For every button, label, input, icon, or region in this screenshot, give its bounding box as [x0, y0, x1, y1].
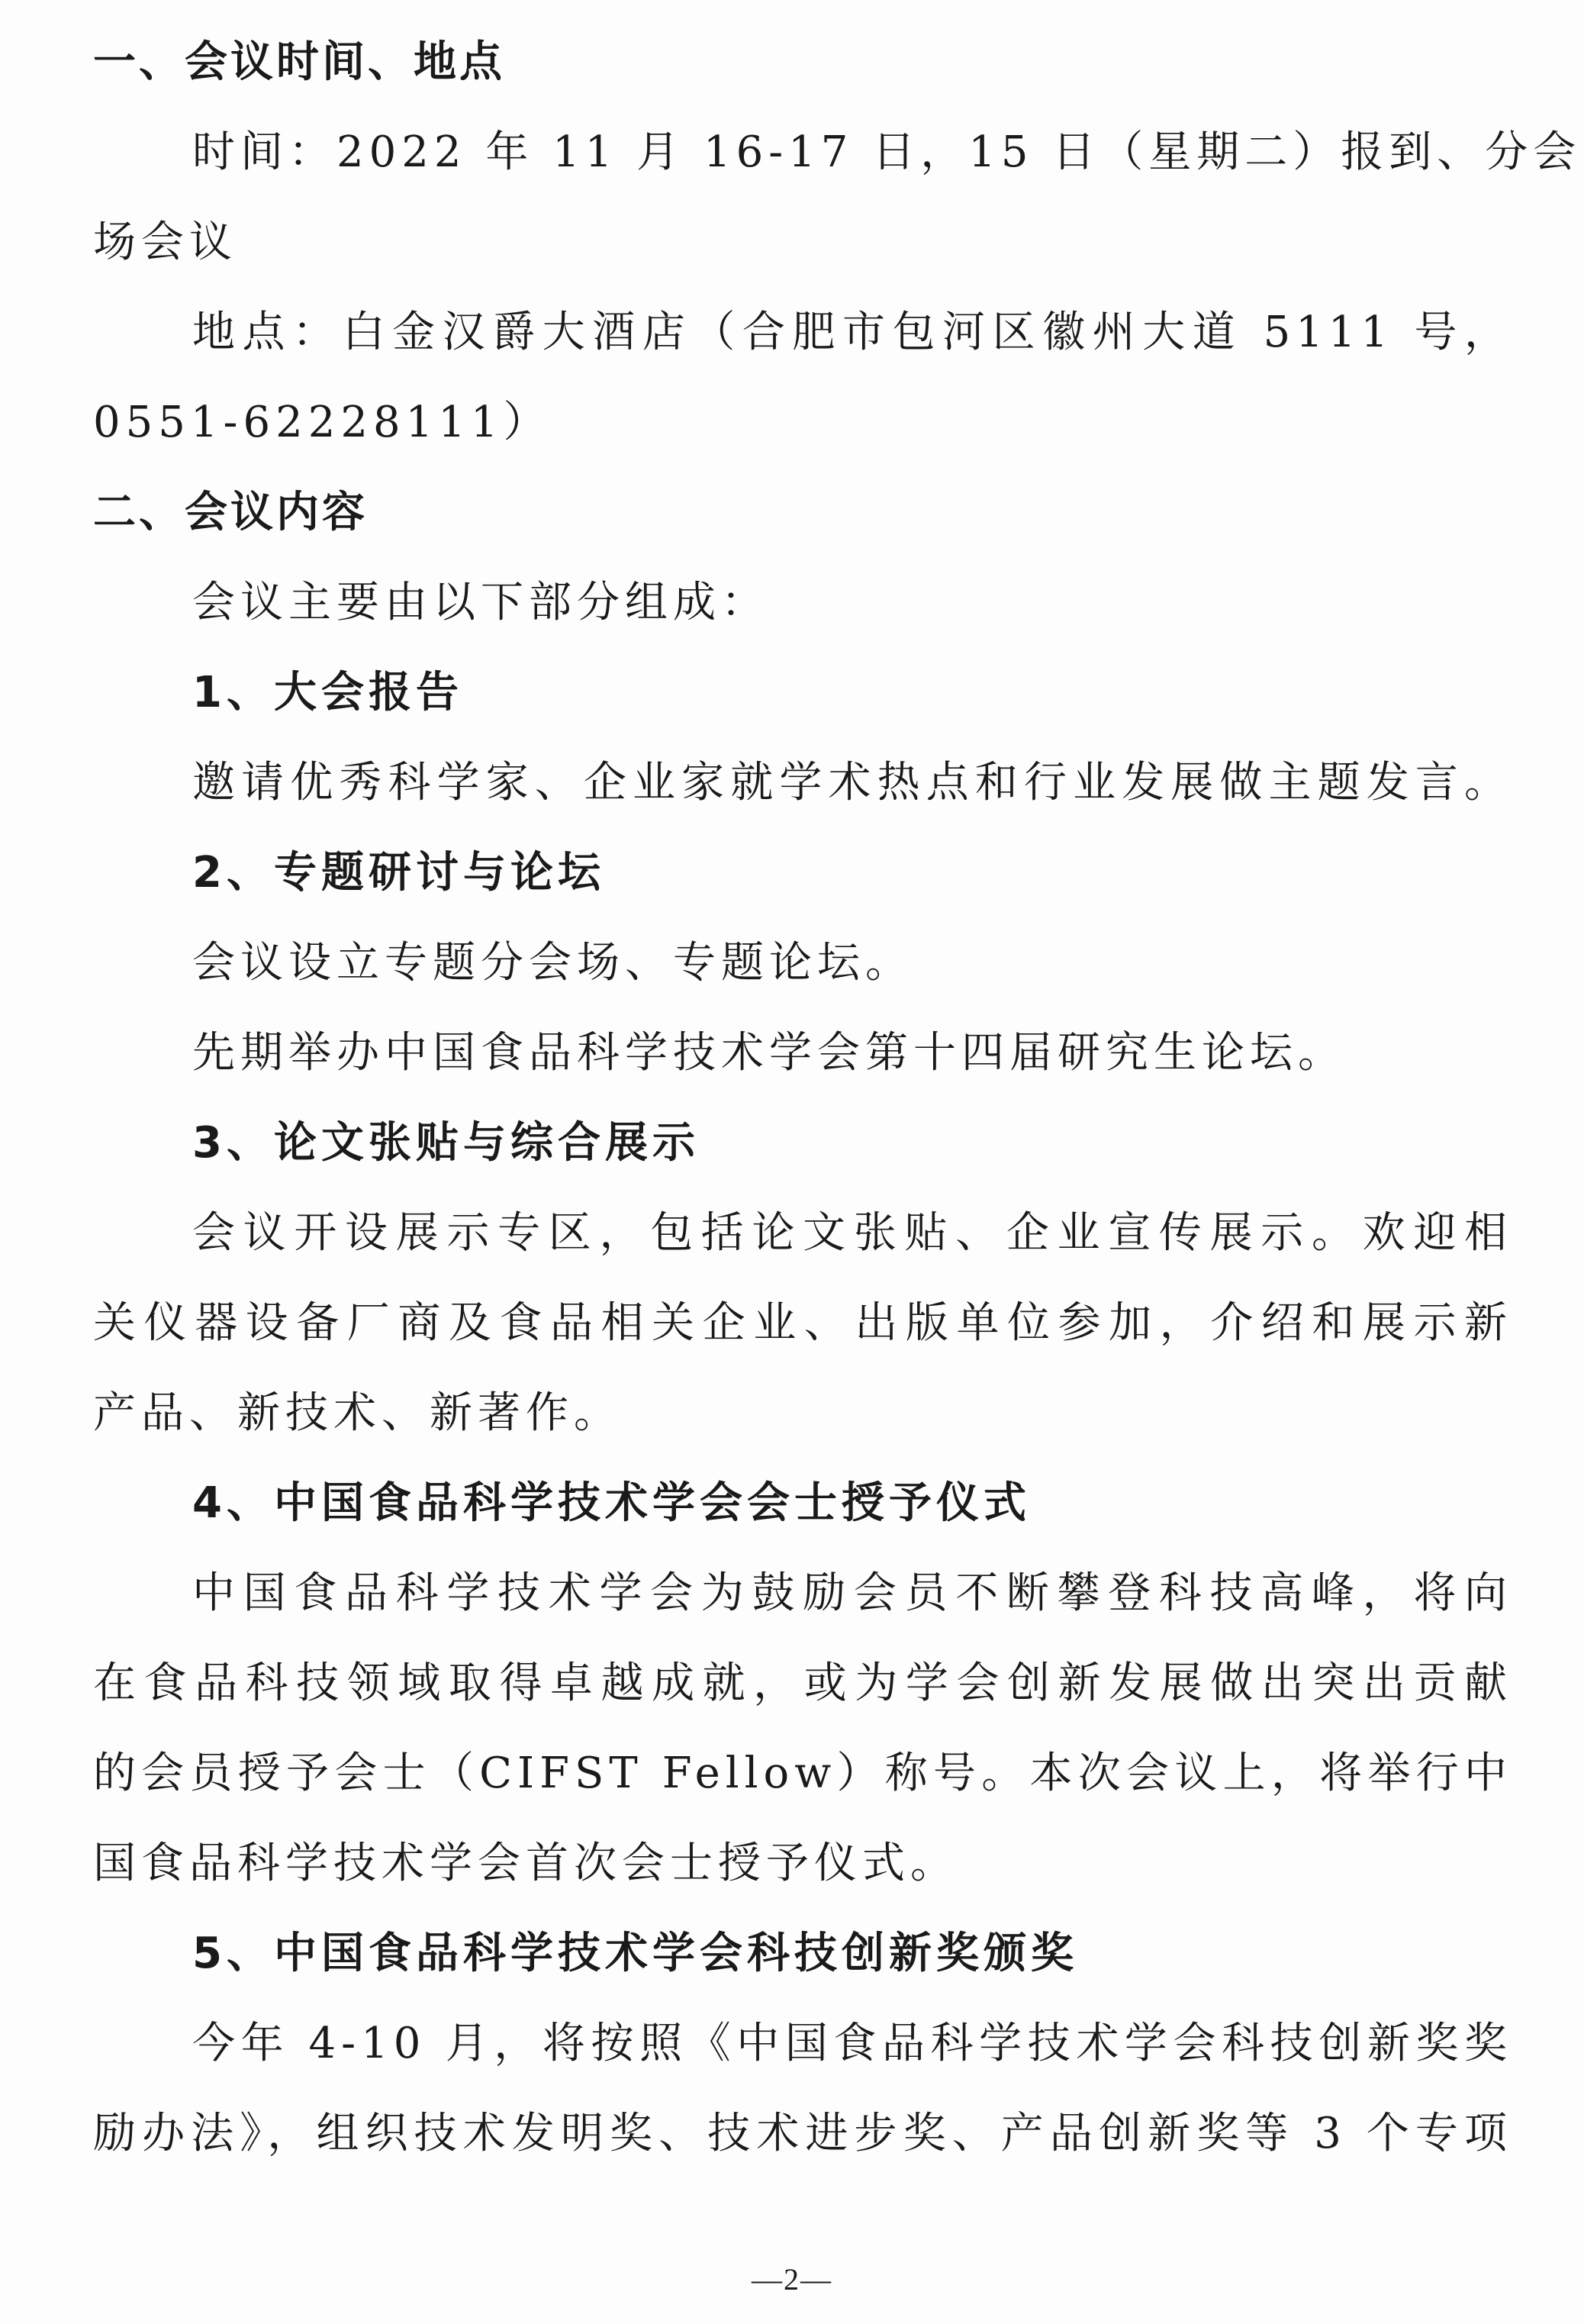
item-text: 励办法》，组织技术发明奖、技术进步奖、产品创新奖等 3 个专项 — [93, 2106, 1512, 2161]
item-text: 在食品科技领域取得卓越成就，或为学会创新发展做出突出贡献 — [93, 1656, 1512, 1711]
item-text: 中国食品科学技术学会为鼓励会员不断攀登科技高峰，将向 — [192, 1566, 1512, 1621]
item-text: 先期举办中国食品科学技术学会第十四届研究生论坛。 — [192, 1026, 1512, 1081]
place-line-2: 0551-62228111） — [93, 395, 1512, 450]
page-number: —2— — [0, 2261, 1584, 2299]
document-page: 一、会议时间、地点 时间：2022 年 11 月 16-17 日，15 日（星期… — [0, 0, 1584, 2324]
item-text: 关仪器设备厂商及食品相关企业、出版单位参加，介绍和展示新 — [93, 1296, 1512, 1351]
time-line-1: 时间：2022 年 11 月 16-17 日，15 日（星期二）报到、分会 — [192, 125, 1512, 180]
item-heading-forum: 2、专题研讨与论坛 — [192, 846, 1512, 901]
item-heading-exhibition: 3、论文张贴与综合展示 — [192, 1116, 1512, 1171]
section-heading-content: 二、会议内容 — [93, 485, 1512, 540]
item-text: 会议开设展示专区，包括论文张贴、企业宣传展示。欢迎相 — [192, 1206, 1512, 1261]
item-text: 的会员授予会士（CIFST Fellow）称号。本次会议上，将举行中 — [93, 1746, 1512, 1801]
item-text: 今年 4-10 月，将按照《中国食品科学技术学会科技创新奖奖 — [192, 2016, 1512, 2071]
content-intro: 会议主要由以下部分组成： — [192, 575, 1512, 630]
item-text: 国食品科学技术学会首次会士授予仪式。 — [93, 1836, 1512, 1891]
place-line-1: 地点：白金汉爵大酒店（合肥市包河区徽州大道 5111 号， — [192, 305, 1512, 360]
item-heading-keynote: 1、大会报告 — [192, 666, 1512, 720]
item-text: 会议设立专题分会场、专题论坛。 — [192, 936, 1512, 991]
item-text: 邀请优秀科学家、企业家就学术热点和行业发展做主题发言。 — [192, 756, 1512, 811]
time-line-2: 场会议 — [93, 215, 1512, 270]
section-heading-time-place: 一、会议时间、地点 — [93, 35, 1512, 90]
item-heading-innovation-award: 5、中国食品科学技术学会科技创新奖颁奖 — [192, 1926, 1512, 1981]
item-heading-fellow-ceremony: 4、中国食品科学技术学会会士授予仪式 — [192, 1476, 1512, 1531]
item-text: 产品、新技术、新著作。 — [93, 1386, 1512, 1441]
